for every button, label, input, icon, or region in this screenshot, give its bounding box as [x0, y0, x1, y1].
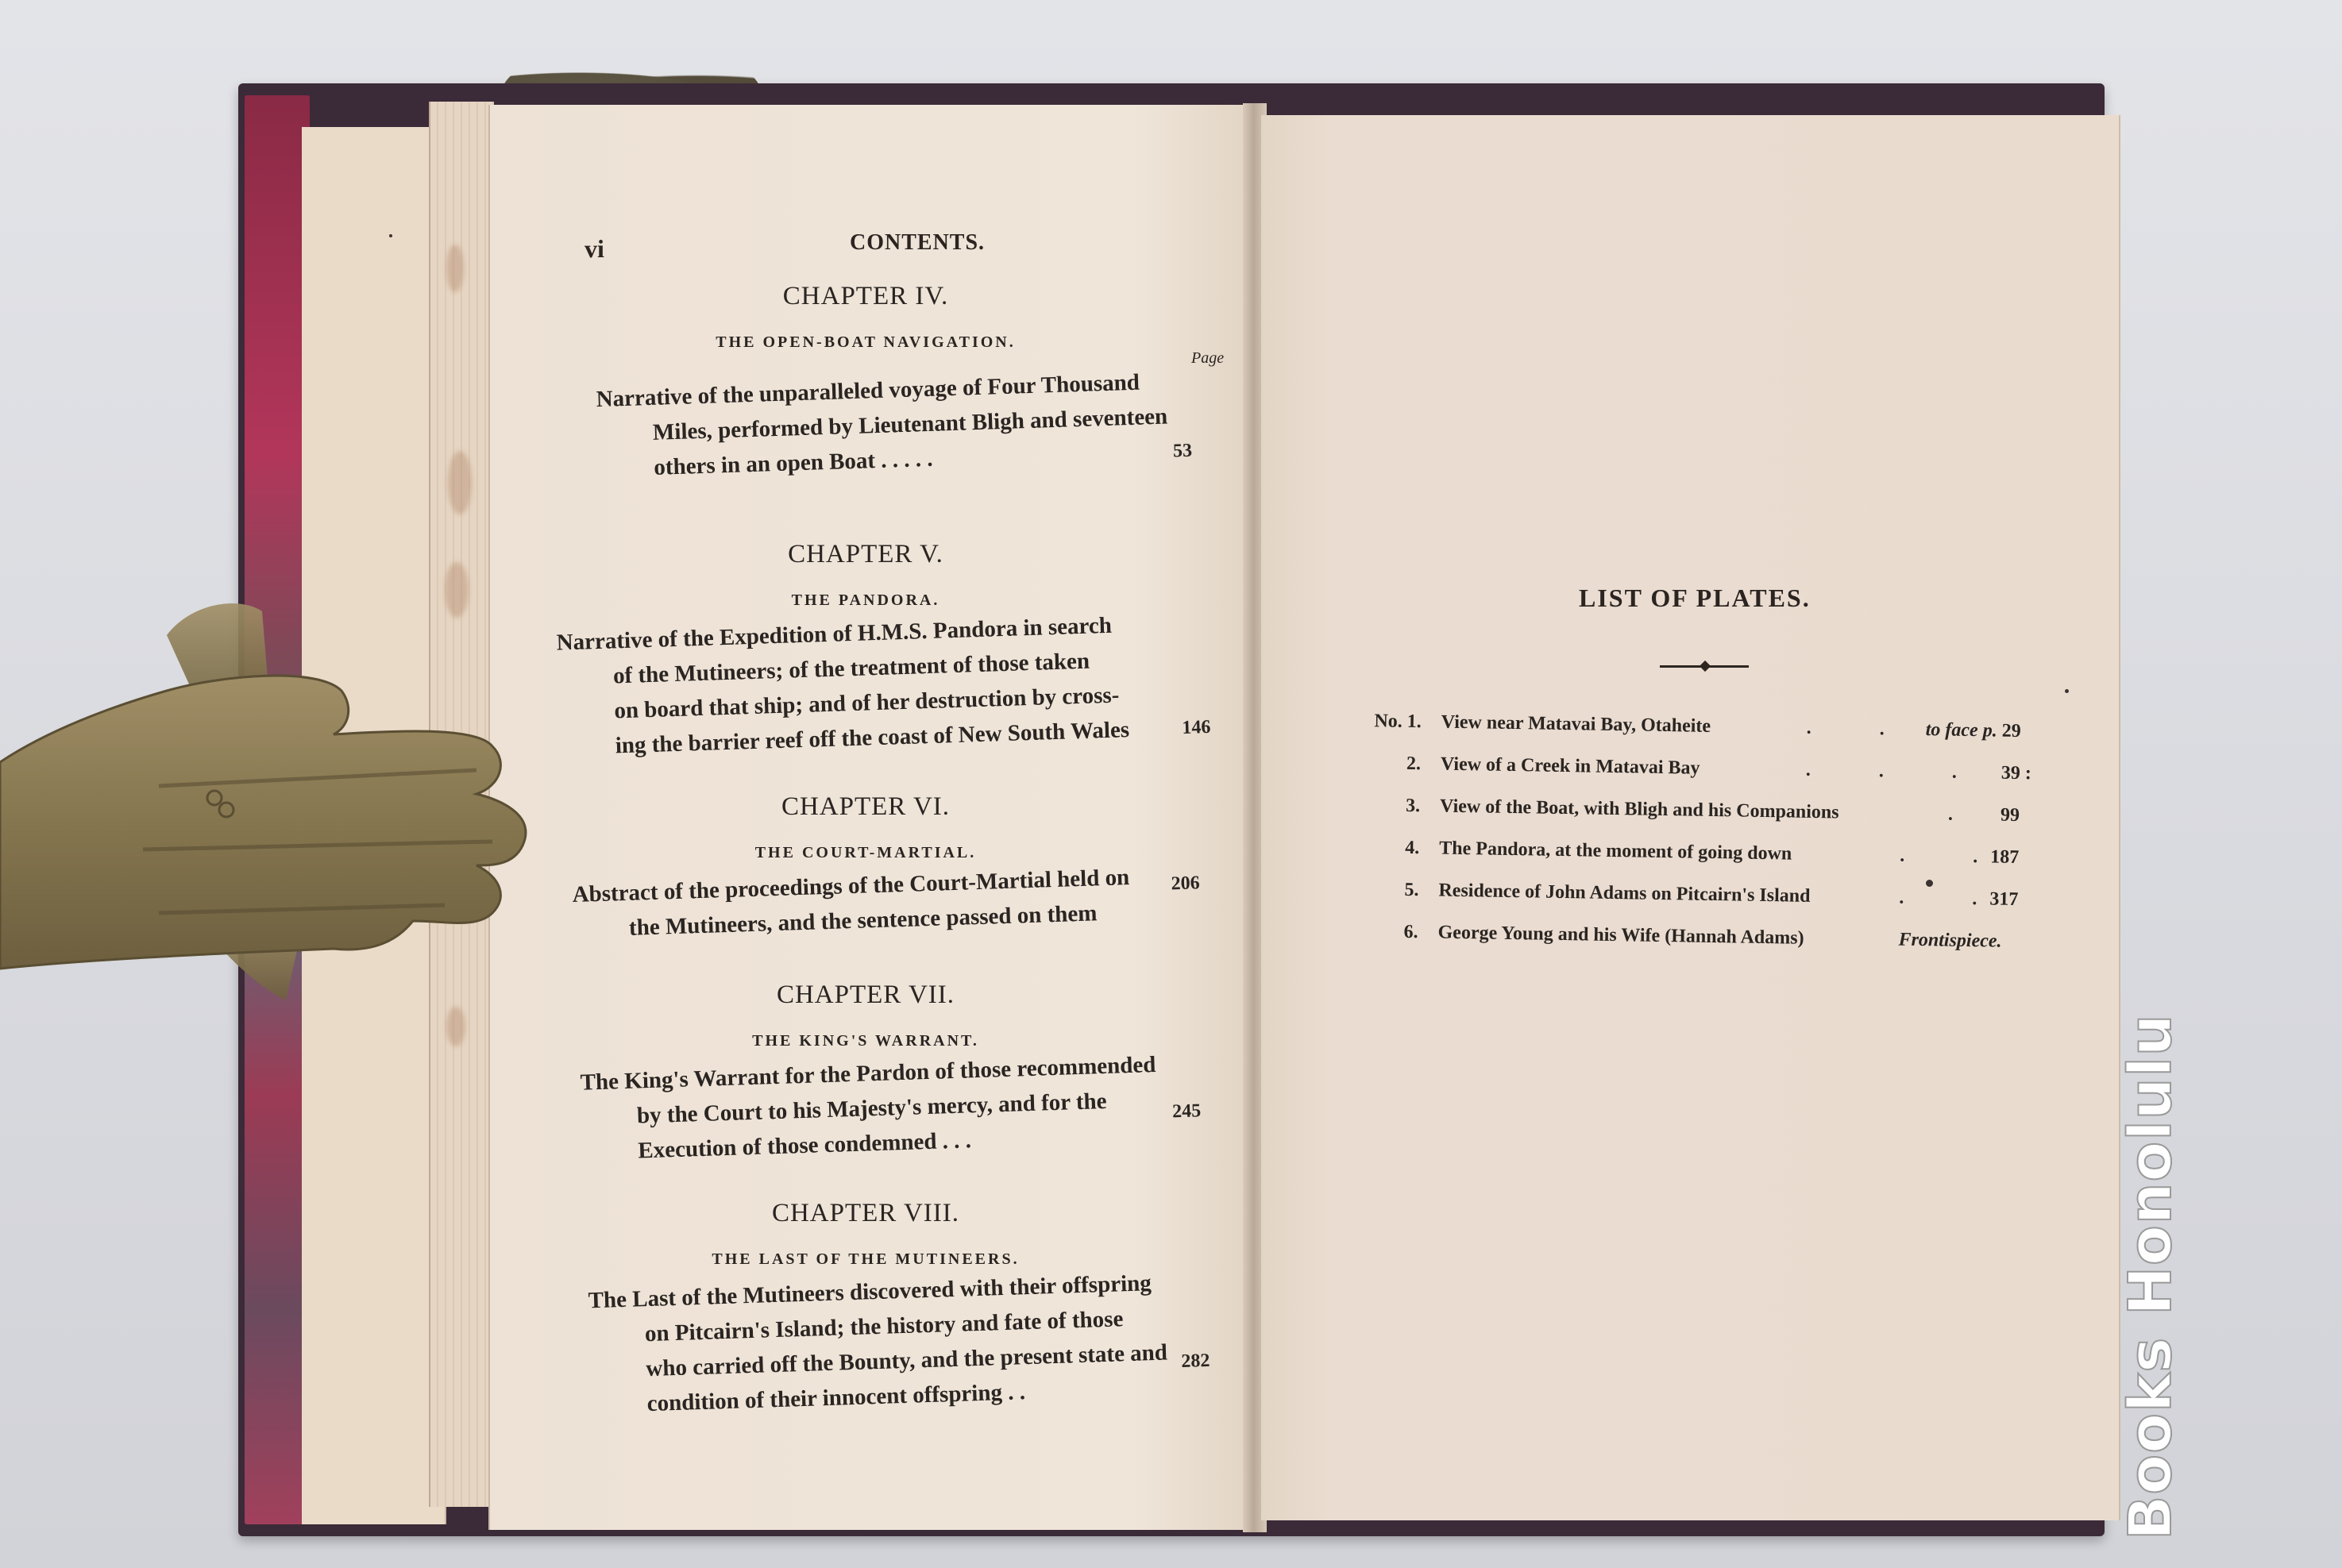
plate-number: 5.	[1359, 879, 1418, 901]
plates-list: No. 1. View near Matavai Bay, Otaheite .…	[1358, 711, 2021, 973]
leader-dots: . .	[1807, 718, 1926, 741]
chapter-title: CHAPTER VIII.	[548, 1199, 1183, 1228]
paper-speck	[389, 234, 392, 237]
chapter-entry: CHAPTER VI. THE COURT-MARTIAL. Abstract …	[548, 792, 1183, 948]
plate-title: View near Matavai Bay, Otaheite	[1441, 712, 1711, 738]
watermark-logo: Books Honolulu	[2116, 1014, 2185, 1541]
chapter-page-number: 206	[1171, 865, 1200, 901]
brass-hand-bookholder	[0, 588, 540, 1000]
plate-page-prefix: Frontispiece.	[1898, 930, 2001, 952]
chapter-description: Narrative of the unparalleled voyage of …	[548, 364, 1186, 488]
divider-ornament	[1660, 665, 1749, 668]
chapter-description: Abstract of the proceedings of the Court…	[548, 858, 1185, 948]
plate-page-number: 99	[2001, 805, 2020, 826]
chapter-description: The Last of the Mutineers discovered wit…	[548, 1265, 1187, 1424]
plate-page: to face p. 29	[1926, 719, 2021, 742]
page-column-label: Page	[1191, 349, 1224, 368]
plate-page-prefix: to face p.	[1926, 719, 1997, 741]
chapter-page-number: 53	[1172, 433, 1192, 469]
plate-page: 317	[1989, 888, 2018, 911]
plates-heading: LIST OF PLATES.	[1579, 584, 1811, 613]
chapter-subtitle: THE PANDORA.	[548, 591, 1183, 610]
plate-page: 187	[1990, 846, 2019, 869]
chapter-description: The King's Warrant for the Pardon of tho…	[548, 1046, 1186, 1171]
plate-title: The Pandora, at the moment of going down	[1439, 838, 1792, 865]
chapter-page-number: 245	[1171, 1093, 1201, 1129]
foxing-stain	[448, 451, 472, 514]
plate-number: 6.	[1358, 921, 1418, 943]
plate-number: 3.	[1360, 795, 1420, 817]
chapter-entry: CHAPTER VIII. THE LAST OF THE MUTINEERS.…	[548, 1199, 1183, 1424]
chapter-title: CHAPTER IV.	[548, 282, 1183, 311]
plate-page-number: 29	[2001, 721, 2020, 742]
running-head: CONTENTS.	[850, 230, 985, 256]
chapter-subtitle: THE KING'S WARRANT.	[548, 1032, 1183, 1050]
chapter-subtitle: THE OPEN-BOAT NAVIGATION.	[548, 333, 1183, 352]
chapter-title: CHAPTER VI.	[548, 792, 1183, 822]
page-folio: vi	[585, 234, 604, 264]
plate-number: 4.	[1360, 837, 1419, 859]
plate-number: 2.	[1361, 753, 1421, 775]
chapter-page-number: 282	[1181, 1343, 1210, 1379]
foxing-stain	[446, 245, 464, 292]
chapter-description: Narrative of the Expedition of H.M.S. Pa…	[548, 606, 1187, 765]
leader-dots: . . . :	[1806, 760, 1925, 783]
plate-page-number: 187	[1990, 846, 2019, 868]
paper-speck	[1926, 880, 1933, 887]
chapter-subtitle: THE COURT-MARTIAL.	[548, 844, 1183, 862]
chapter-entry: CHAPTER IV. THE OPEN-BOAT NAVIGATION. Na…	[548, 282, 1183, 488]
chapter-entry: CHAPTER V. THE PANDORA. Narrative of the…	[548, 540, 1183, 765]
chapter-entry: CHAPTER VII. THE KING'S WARRANT. The Kin…	[548, 980, 1183, 1171]
plate-page: 39	[2001, 763, 2020, 784]
plate-page: 99	[2001, 805, 2020, 826]
plate-page: Frontispiece.	[1898, 930, 2001, 953]
chapter-title: CHAPTER V.	[548, 540, 1183, 569]
plate-page-number: 39	[2001, 763, 2020, 784]
paper-speck	[2065, 689, 2069, 693]
plate-number: No. 1.	[1362, 711, 1422, 733]
chapter-subtitle: THE LAST OF THE MUTINEERS.	[548, 1250, 1183, 1269]
plate-title: View of a Creek in Matavai Bay	[1441, 754, 1700, 780]
chapter-page-number: 146	[1182, 710, 1211, 745]
chapter-title: CHAPTER VII.	[548, 980, 1183, 1010]
plate-page-number: 317	[1989, 888, 2018, 910]
foxing-stain	[446, 1007, 465, 1046]
